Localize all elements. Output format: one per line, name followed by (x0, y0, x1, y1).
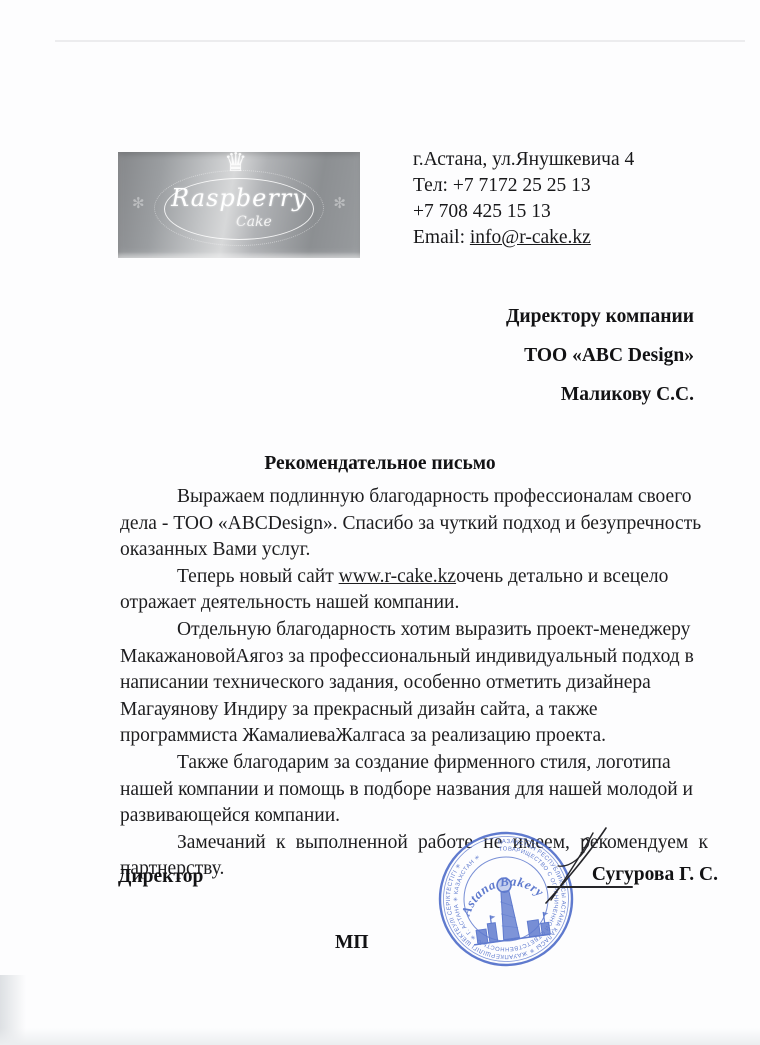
addressee-block: Директору компании ТОО «ABC Design» Мали… (506, 306, 694, 423)
contact-phone-2: +7 708 425 15 13 (413, 199, 634, 225)
paragraph: Теперь новый сайт www.r-cake.kzочень дет… (120, 564, 708, 617)
contact-block: г.Астана, ул.Янушкевича 4 Тел: +7 7172 2… (413, 147, 634, 251)
signature-role: Директор (118, 866, 203, 888)
contact-phone-1: Тел: +7 7172 25 25 13 (413, 173, 634, 199)
company-logo: ♛ ✻ ✻ Raspberry Cake (118, 152, 360, 258)
letter-body: Выражаем подлинную благодарность професс… (120, 484, 708, 883)
scan-artifact-line (55, 40, 745, 42)
seal-note-mp: МП (335, 932, 369, 954)
logo-brand-text: Raspberry (118, 185, 360, 211)
company-stamp: ҚАЗАҚСТАН РЕСПУБЛИКАСЫ АСТАНА ҚАЛАСЫ ✳ Ж… (436, 829, 576, 969)
addressee-line: Маликову С.С. (506, 384, 694, 406)
addressee-line: Директору компании (506, 306, 694, 328)
paragraph: Отдельную благодарность хотим выразить п… (120, 617, 708, 750)
stamp-svg: ҚАЗАҚСТАН РЕСПУБЛИКАСЫ АСТАНА ҚАЛАСЫ ✳ Ж… (436, 829, 576, 969)
addressee-line: ТОО «ABC Design» (506, 345, 694, 367)
letter-title: Рекомендательное письмо (0, 453, 760, 475)
contact-email-line: Email: info@r-cake.kz (413, 225, 634, 251)
scanned-letter-page: ♛ ✻ ✻ Raspberry Cake г.Астана, ул.Янушке… (0, 0, 760, 1045)
crown-icon: ♛ (224, 150, 247, 176)
paragraph: Выражаем подлинную благодарность професс… (120, 484, 708, 564)
paragraph-text: Теперь новый сайт (177, 566, 339, 587)
email-label: Email: (413, 227, 470, 248)
contact-address: г.Астана, ул.Янушкевича 4 (413, 147, 634, 173)
logo-sub-text: Cake (236, 214, 272, 230)
scan-artifact-shadow (0, 1028, 760, 1045)
signature-name: Сугурова Г. С. (583, 864, 718, 886)
email-link: info@r-cake.kz (470, 227, 591, 248)
paragraph: Также благодарим за создание фирменного … (120, 750, 708, 830)
website-link: www.r-cake.kz (339, 566, 456, 587)
